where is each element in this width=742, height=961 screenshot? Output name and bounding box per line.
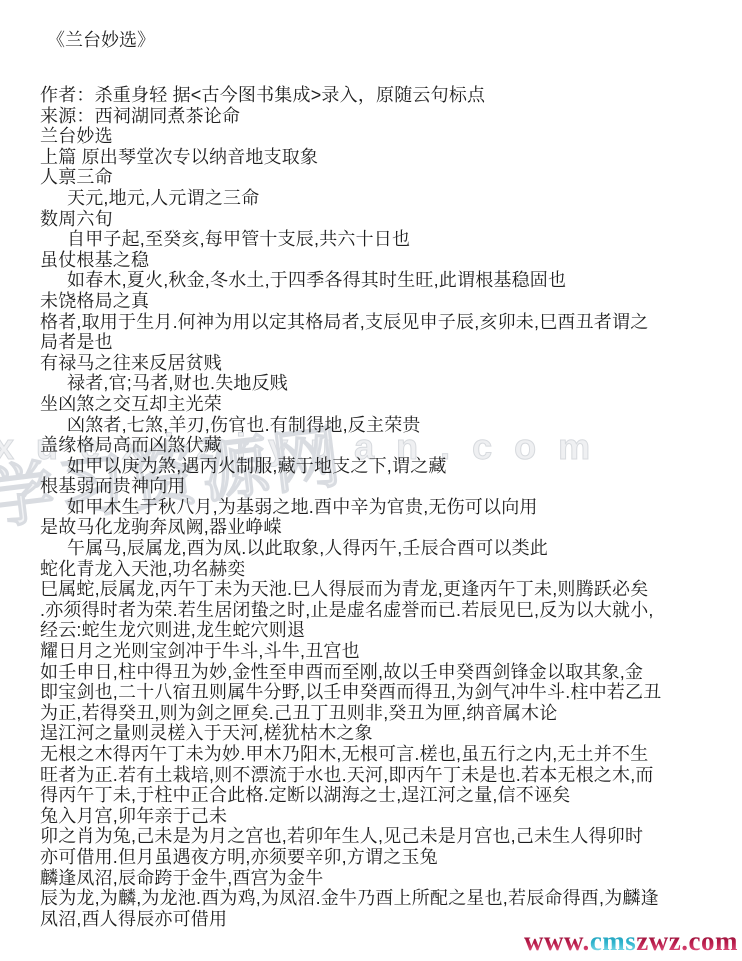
- text-line: 卯之肖为兔,己未是为月之宫也,若卯年生人,见己未是月宫也,己未生人得卯时: [40, 826, 661, 847]
- text-line: 人禀三命: [40, 167, 661, 188]
- watermark-teal-cms: cms: [590, 926, 636, 956]
- text-line: 如甲以庚为煞,遇丙火制服,藏于地支之下,谓之藏: [40, 456, 661, 477]
- text-line: 上篇 原出琴堂次专以纳音地支取象: [40, 147, 661, 168]
- text-line: 未饶格局之真: [40, 291, 661, 312]
- text-line: 如壬申日,柱中得丑为妙,金性至申酉而至刚,故以壬申癸酉剑锋金以取其象,金: [40, 662, 661, 683]
- text-line: 数周六旬: [40, 209, 661, 230]
- text-line: 蛇化青龙入天池,功名赫奕: [40, 559, 661, 580]
- text-line: 虽仗根基之稳: [40, 250, 661, 271]
- watermark-red-zwzcom: zwz.com: [636, 926, 738, 956]
- text-line: 作者：杀重身轻 据<古今图书集成>录入，原随云句标点: [40, 85, 661, 106]
- text-line: .亦须得时者为荣.若生居闭蛰之时,止是虚名虚誉而已.若辰见巳,反为以大就小,: [40, 600, 661, 621]
- text-line: 无根之木得丙午丁未为妙.甲木乃阳木,无根可言.槎也,虽五行之内,无土并不生: [40, 744, 661, 765]
- text-line: 辰为龙,为麟,为龙池.酉为鸡,为凤沼.金牛乃酉上所配之星也,若辰命得酉,为麟逢: [40, 888, 661, 909]
- text-line: 禄者,官;马者,财也.失地反贱: [40, 373, 661, 394]
- text-line: 巳属蛇,辰属龙,丙午丁未为天池.巳人得辰而为青龙,更逢丙午丁未,则腾跃必矣: [40, 579, 661, 600]
- text-line: 兰台妙选: [40, 126, 661, 147]
- watermark-red-www: www.: [524, 926, 590, 956]
- text-line: 兔入月宫,卯年亲于己未: [40, 806, 661, 827]
- text-line: 来源：西祠湖同煮茶论命: [40, 106, 661, 127]
- text-line: 耀日月之光则宝剑冲于牛斗,斗牛,丑宫也: [40, 641, 661, 662]
- text-line: 麟逢凤沼,辰命跨于金牛,酉宫为金牛: [40, 868, 661, 889]
- text-line: 午属马,辰属龙,酉为凤.以此取象,人得丙午,壬辰合酉可以类此: [40, 538, 661, 559]
- text-line: 逞江河之量则灵槎入于天河,槎犹枯木之象: [40, 723, 661, 744]
- text-line: 凶煞者,七煞,羊刃,伤官也.有制得地,反主荣贵: [40, 415, 661, 436]
- text-line: 经云:蛇生龙穴则进,龙生蛇穴则退: [40, 620, 661, 641]
- text-line: 如春木,夏火,秋金,冬水土,于四季各得其时生旺,此谓根基稳固也: [40, 270, 661, 291]
- text-line: 亦可借用.但月虽遇夜方明,亦须要辛卯,方谓之玉兔: [40, 847, 661, 868]
- document-body: 作者：杀重身轻 据<古今图书集成>录入，原随云句标点来源：西祠湖同煮茶论命兰台妙…: [40, 85, 661, 929]
- text-line: 盖缘格局高而凶煞伏藏: [40, 435, 661, 456]
- document-page: xuexiziyuan.com 学习资源网 《兰台妙选》 作者：杀重身轻 据<古…: [0, 0, 742, 961]
- text-line: 局者是也: [40, 332, 661, 353]
- text-line: 天元,地元,人元谓之三命: [40, 188, 661, 209]
- text-line: 即宝剑也,二十八宿丑则属牛分野,以壬申癸酉而得丑,为剑气冲牛斗.柱中若乙丑: [40, 682, 661, 703]
- text-line: 是故马化龙驹奔凤阙,器业峥嵘: [40, 517, 661, 538]
- text-line: 坐凶煞之交互却主光荣: [40, 394, 661, 415]
- text-line: 旺者为正.若有土栽培,则不漂流于水也.天河,即丙午丁未是也.若本无根之木,而: [40, 765, 661, 786]
- text-line: 根基弱而贵神向用: [40, 476, 661, 497]
- document-title: 《兰台妙选》: [47, 26, 155, 52]
- site-watermark-red: www.cmszwz.com: [524, 926, 738, 957]
- text-line: 为正,若得癸丑,则为剑之匣矣.己丑丁丑则非,癸丑为匣,纳音属木论: [40, 703, 661, 724]
- text-line: 自甲子起,至癸亥,每甲管十支辰,共六十日也: [40, 229, 661, 250]
- text-line: 格者,取用于生月.何神为用以定其格局者,支辰见申子辰,亥卯未,巳酉丑者谓之: [40, 312, 661, 333]
- text-line: 得丙午丁未,于柱中正合此格.定断以湖海之士,逞江河之量,信不诬矣: [40, 785, 661, 806]
- text-line: 如甲木生于秋八月,为基弱之地.酉中辛为官贵,无伤可以向用: [40, 497, 661, 518]
- text-line: 有禄马之往来反居贫贱: [40, 353, 661, 374]
